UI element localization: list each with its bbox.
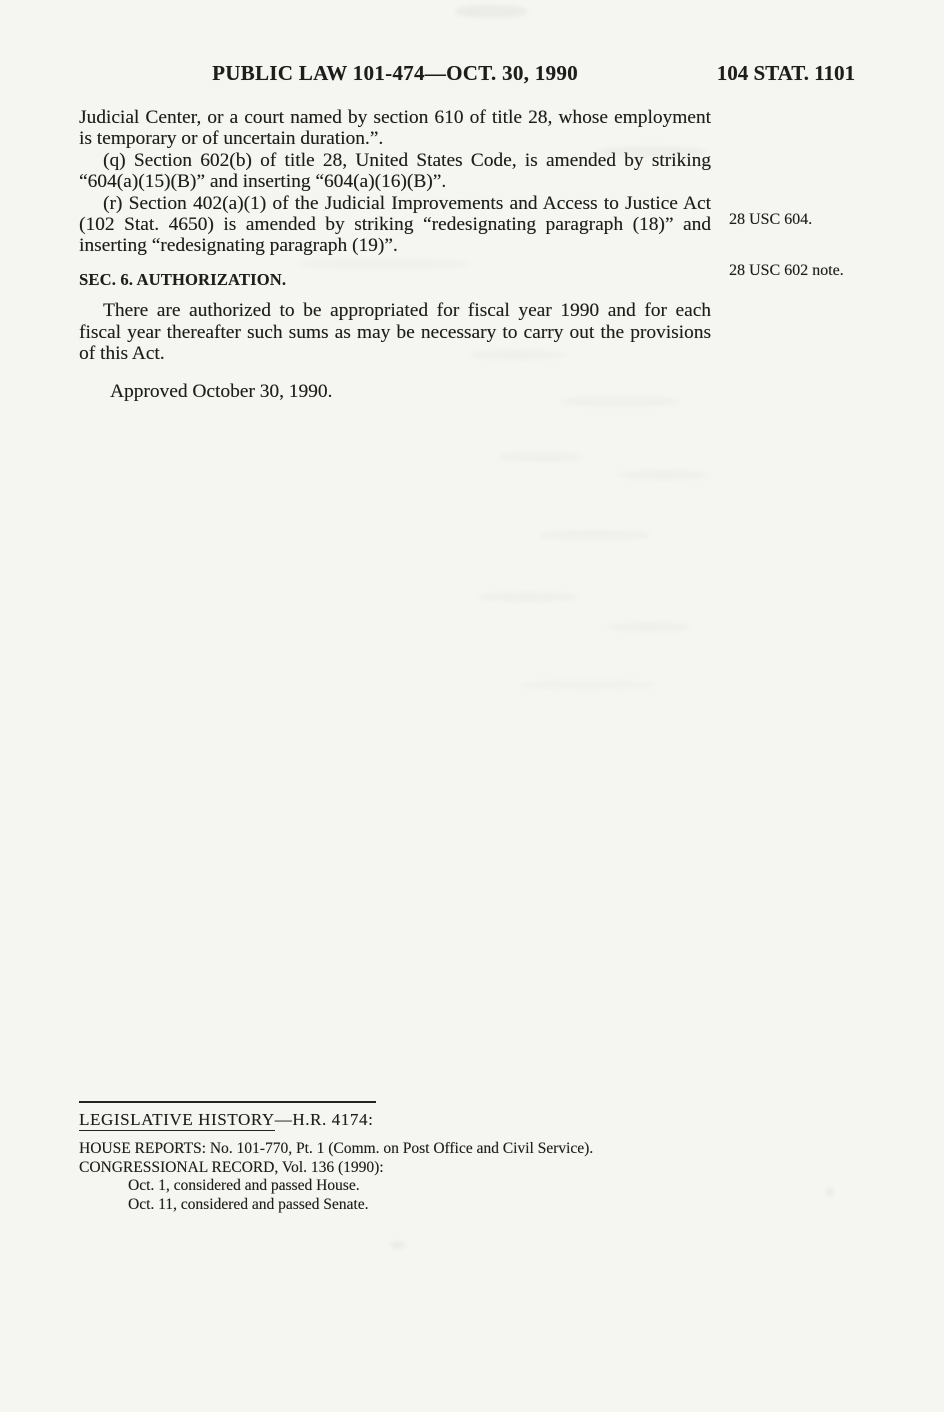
- legislative-history-title: LEGISLATIVE HISTORY—H.R. 4174:: [79, 1111, 799, 1129]
- legislative-history-block: LEGISLATIVE HISTORY—H.R. 4174: HOUSE REP…: [79, 1101, 799, 1214]
- congressional-record-line: CONGRESSIONAL RECORD, Vol. 136 (1990):: [79, 1159, 799, 1177]
- section-6-heading: SEC. 6. AUTHORIZATION.: [79, 269, 711, 290]
- margin-note-28-usc-604: 28 USC 604.: [729, 211, 812, 229]
- paragraph-r: (r) Section 402(a)(1) of the Judicial Im…: [79, 193, 711, 257]
- record-entry-house: Oct. 1, considered and passed House.: [79, 1177, 799, 1195]
- scan-artifact: [520, 680, 655, 690]
- scan-artifact: [390, 1242, 406, 1248]
- margin-note-28-usc-602-note: 28 USC 602 note.: [729, 262, 844, 280]
- scan-artifact: [478, 592, 578, 602]
- running-head-title: PUBLIC LAW 101-474—OCT. 30, 1990: [79, 61, 711, 86]
- paragraph-continuation: Judicial Center, or a court named by sec…: [79, 107, 711, 150]
- legislative-history-rule: [79, 1101, 376, 1103]
- running-head-stat-number: 104 STAT. 1101: [655, 61, 855, 86]
- statute-text-column: Judicial Center, or a court named by sec…: [79, 107, 711, 403]
- approved-date-line: Approved October 30, 1990.: [79, 381, 711, 402]
- legislative-history-bill-number: —H.R. 4174:: [275, 1110, 374, 1129]
- paragraph-authorization: There are authorized to be appropriated …: [79, 300, 711, 364]
- scan-artifact: [608, 622, 690, 632]
- record-entry-senate: Oct. 11, considered and passed Senate.: [79, 1196, 799, 1214]
- scan-artifact: [455, 5, 527, 18]
- statute-page: PUBLIC LAW 101-474—OCT. 30, 1990 104 STA…: [0, 0, 944, 1412]
- scan-artifact: [618, 470, 708, 480]
- scan-artifact: [540, 530, 650, 540]
- house-reports-line: HOUSE REPORTS: No. 101-770, Pt. 1 (Comm.…: [79, 1140, 799, 1158]
- scan-artifact: [826, 1188, 834, 1196]
- legislative-history-title-underlined: LEGISLATIVE HISTORY: [79, 1110, 275, 1131]
- scan-artifact: [498, 452, 583, 462]
- paragraph-q: (q) Section 602(b) of title 28, United S…: [79, 150, 711, 193]
